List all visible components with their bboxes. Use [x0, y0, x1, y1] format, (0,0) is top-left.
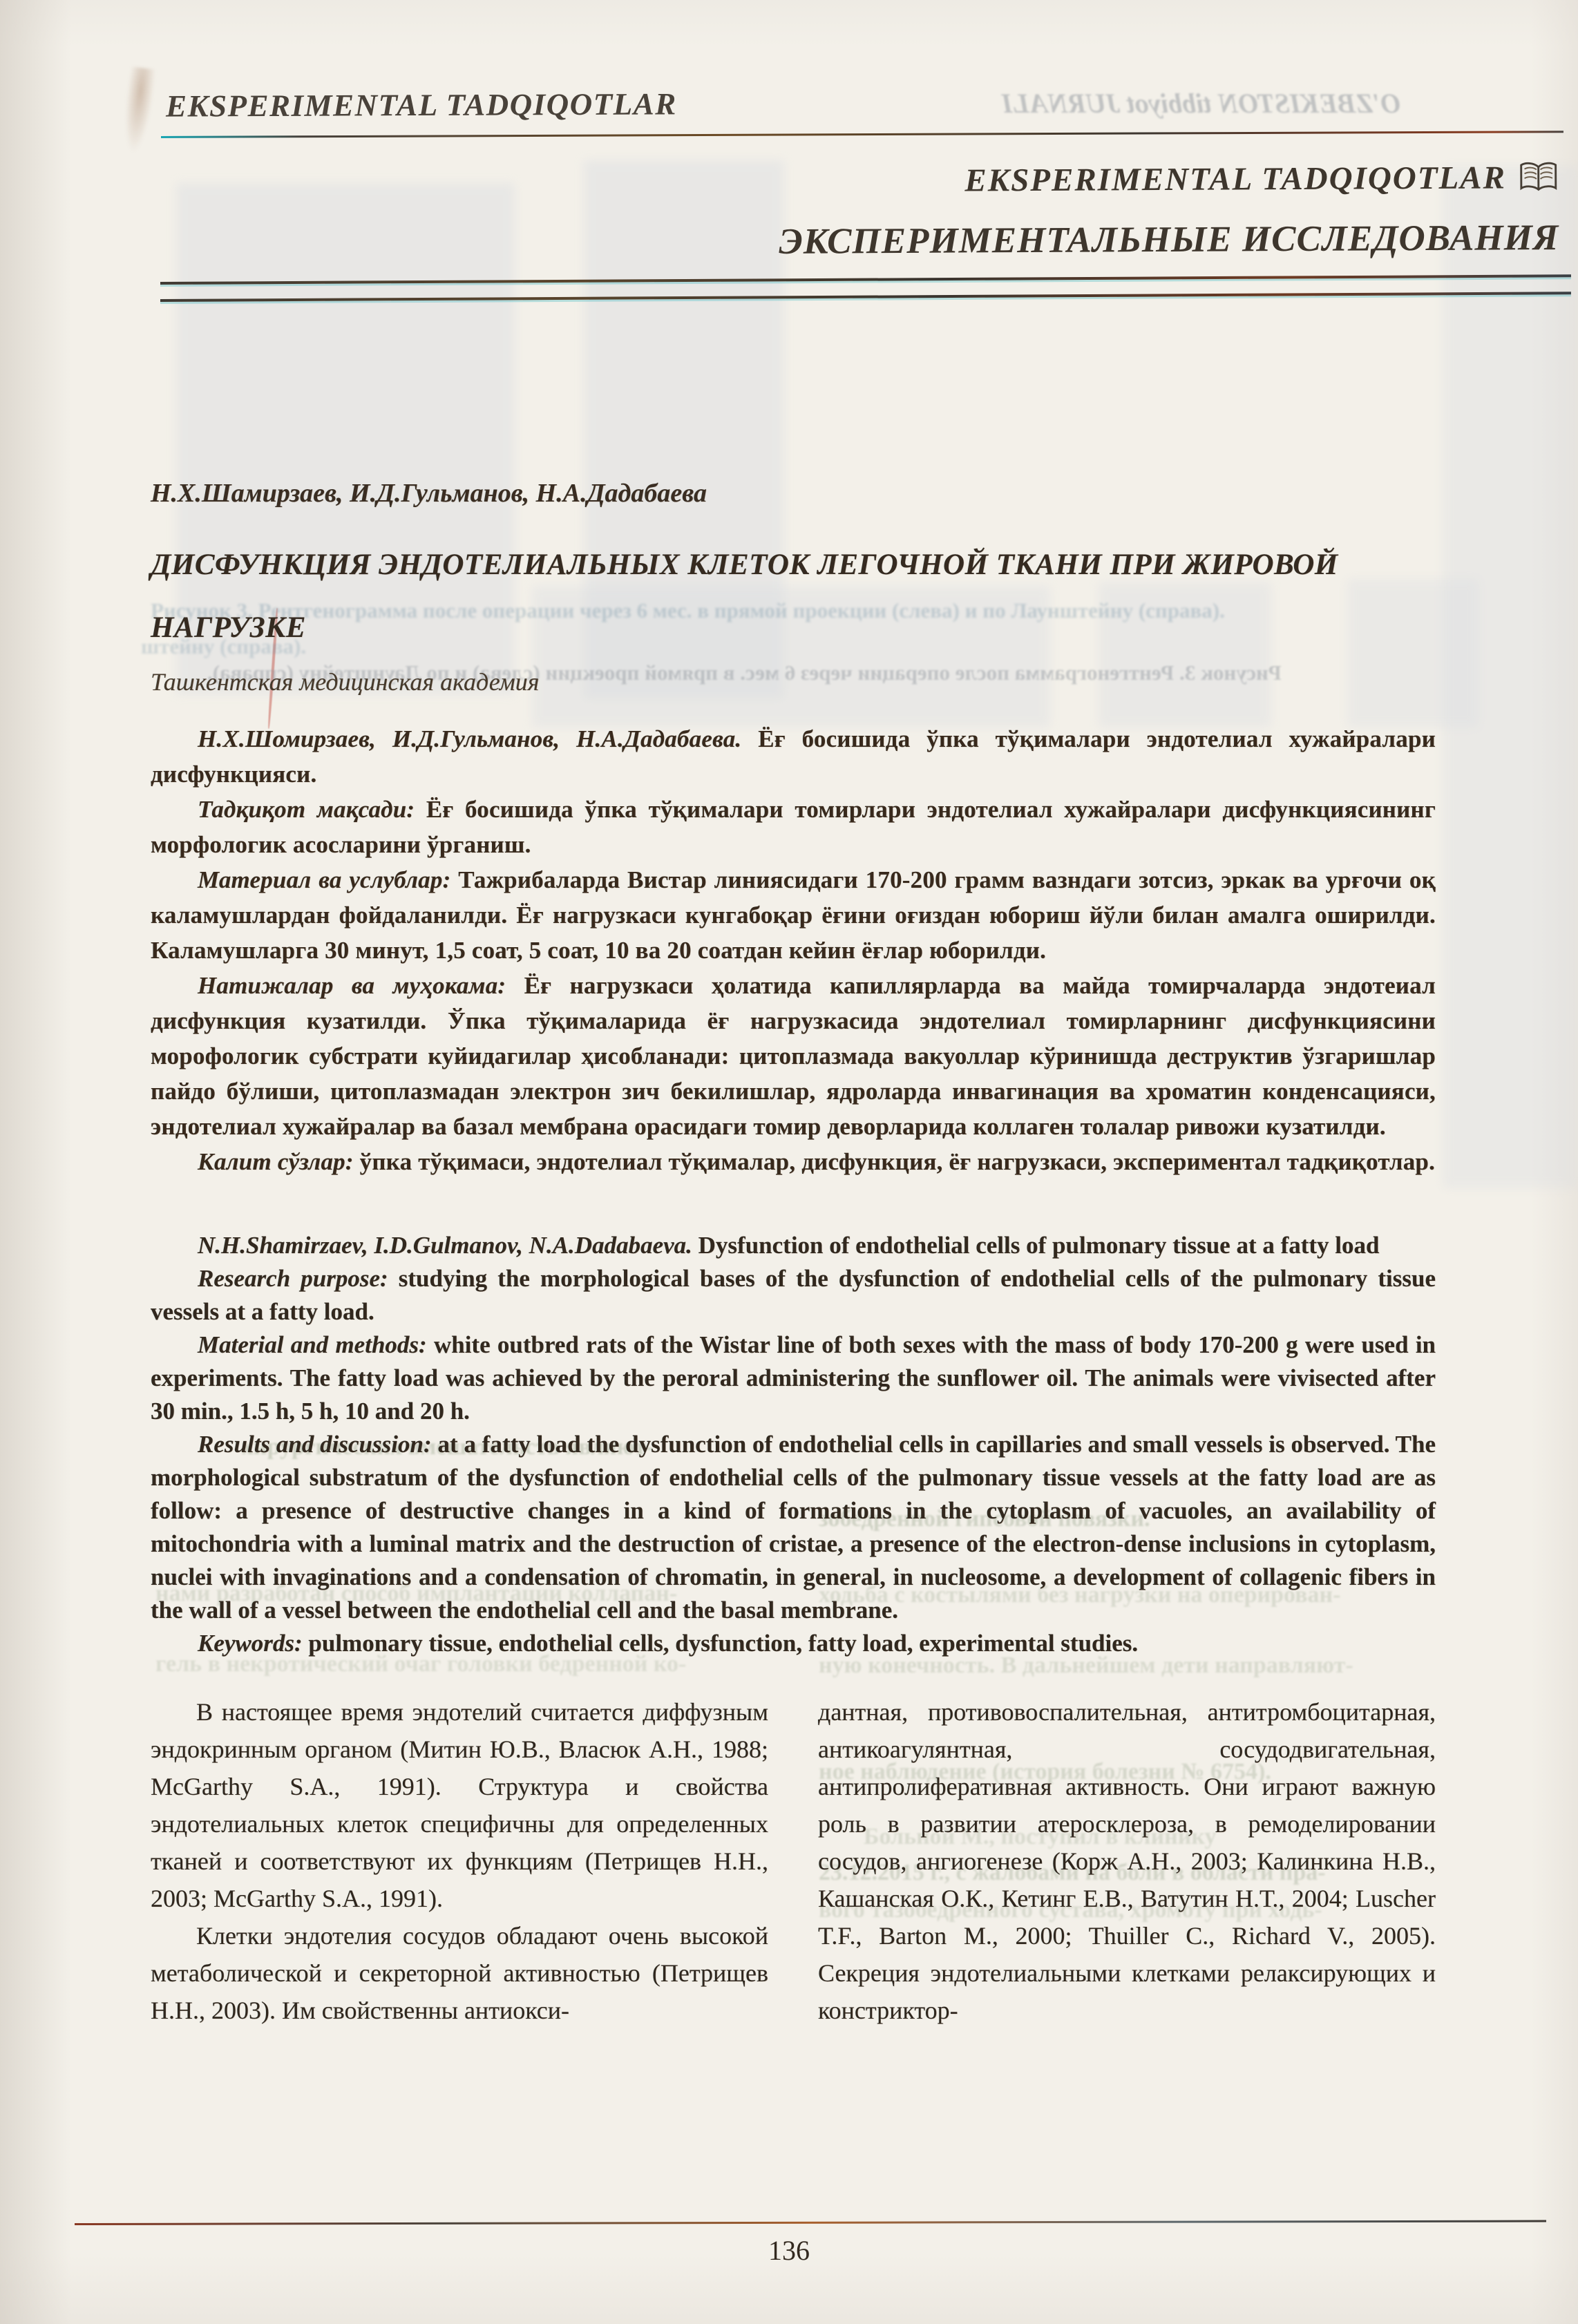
- running-head: EKSPERIMENTAL TADQIQOTLAR: [166, 86, 677, 124]
- section-header-line1-text: EKSPERIMENTAL TADQIQOTLAR: [964, 160, 1506, 198]
- abstract-en-authors: N.H.Shamirzaev, I.D.Gulmanov, N.A.Dadaba…: [198, 1232, 698, 1259]
- section-header-line2: ЭКСПЕРИМЕНТАЛЬНЫЕ ИССЛЕДОВАНИЯ: [779, 217, 1559, 263]
- abstract-english: N.H.Shamirzaev, I.D.Gulmanov, N.A.Dadaba…: [151, 1229, 1436, 1660]
- abstract-en-authors-paragraph: N.H.Shamirzaev, I.D.Gulmanov, N.A.Dadaba…: [151, 1229, 1436, 1262]
- abstract-uz-purpose-paragraph: Тадқиқот мақсади: Ёғ босишида ўпка тўқим…: [151, 792, 1436, 862]
- footer-rule: [75, 2220, 1546, 2225]
- abstract-uz-results-label: Натижалар ва муҳокама:: [198, 972, 524, 999]
- article-authors: Н.Х.Шамирзаев, И.Д.Гульманов, Н.А.Дадаба…: [151, 478, 1436, 510]
- body-paragraph: В настоящее время эндотелий считается ди…: [151, 1693, 768, 1917]
- abstract-en-results-text: at a fatty load the dysfunction of endot…: [151, 1431, 1436, 1623]
- abstract-uz-results-paragraph: Натижалар ва муҳокама: Ёғ нагрузкаси ҳол…: [151, 968, 1436, 1144]
- body-right-column: дантная, противовоспалительная, антитром…: [818, 1693, 1436, 2029]
- abstract-en-results-label: Results and discussion:: [198, 1431, 437, 1458]
- abstract-en-methods-label: Material and methods:: [198, 1331, 434, 1358]
- scan-stain: [120, 66, 157, 153]
- abstract-en-purpose-label: Research purpose:: [198, 1265, 399, 1292]
- abstract-en-title: Dysfunction of endothelial cells of pulm…: [698, 1232, 1380, 1259]
- scanned-journal-page: O'ZBEKISTON tibbiyot JURNALI Рисунок 3. …: [0, 0, 1578, 2324]
- article-title-line2: НАГРУЗКЕ: [151, 611, 1436, 645]
- body-two-columns: В настоящее время эндотелий считается ди…: [151, 1693, 1436, 2029]
- abstract-uz-keywords-label: Калит сўзлар:: [198, 1148, 360, 1175]
- abstract-en-keywords-text: pulmonary tissue, endothelial cells, dys…: [308, 1630, 1138, 1657]
- abstract-en-purpose-paragraph: Research purpose: studying the morpholog…: [151, 1262, 1436, 1328]
- abstract-uz-purpose-label: Тадқиқот мақсади:: [198, 796, 426, 823]
- body-paragraph: Клетки эндотелия сосудов обладают очень …: [151, 1917, 768, 2029]
- abstract-uz-methods-label: Материал ва услублар:: [198, 866, 458, 893]
- section-header: EKSPERIMENTAL TADQIQOTLAR ЭКСПЕРИМЕНТАЛЬ…: [778, 159, 1559, 263]
- abstract-uz-keywords-paragraph: Калит сўзлар: ўпка тўқимаси, эндотелиал …: [151, 1144, 1436, 1179]
- running-head-rule: [161, 131, 1563, 138]
- abstract-en-keywords-paragraph: Keywords: pulmonary tissue, endothelial …: [151, 1627, 1436, 1660]
- abstract-en-keywords-label: Keywords:: [198, 1630, 308, 1657]
- page-number: 136: [0, 2234, 1578, 2267]
- abstract-uz-authors-paragraph: Н.Х.Шомирзаев, И.Д.Гульманов, Н.А.Дадаба…: [151, 721, 1436, 792]
- abstract-uz-methods-paragraph: Материал ва услублар: Тажрибаларда Виста…: [151, 862, 1436, 968]
- article-affiliation: Ташкентская медицинская академия: [151, 667, 1436, 697]
- body-left-column: В настоящее время эндотелий считается ди…: [151, 1693, 768, 2029]
- body-paragraph: дантная, противовоспалительная, антитром…: [818, 1693, 1436, 2029]
- scan-artifact-block: [1443, 166, 1578, 1188]
- abstract-en-methods-paragraph: Material and methods: white outbred rats…: [151, 1328, 1436, 1428]
- open-book-icon: [1519, 160, 1559, 202]
- article-title-line1: ДИСФУНКЦИЯ ЭНДОТЕЛИАЛЬНЫХ КЛЕТОК ЛЕГОЧНО…: [151, 548, 1436, 582]
- abstract-en-results-paragraph: Results and discussion: at a fatty load …: [151, 1428, 1436, 1627]
- abstract-uzbek: Н.Х.Шомирзаев, И.Д.Гульманов, Н.А.Дадаба…: [151, 721, 1436, 1179]
- abstract-uz-keywords-text: ўпка тўқимаси, эндотелиал тўқималар, дис…: [360, 1148, 1435, 1175]
- bleedthrough-journal-title: O'ZBEKISTON tibbiyot JURNALI: [1002, 87, 1400, 120]
- abstract-uz-authors: Н.Х.Шомирзаев, И.Д.Гульманов, Н.А.Дадаба…: [198, 725, 758, 752]
- section-header-line1: EKSPERIMENTAL TADQIQOTLAR: [778, 159, 1558, 206]
- article: Н.Х.Шамирзаев, И.Д.Гульманов, Н.А.Дадаба…: [151, 478, 1436, 2029]
